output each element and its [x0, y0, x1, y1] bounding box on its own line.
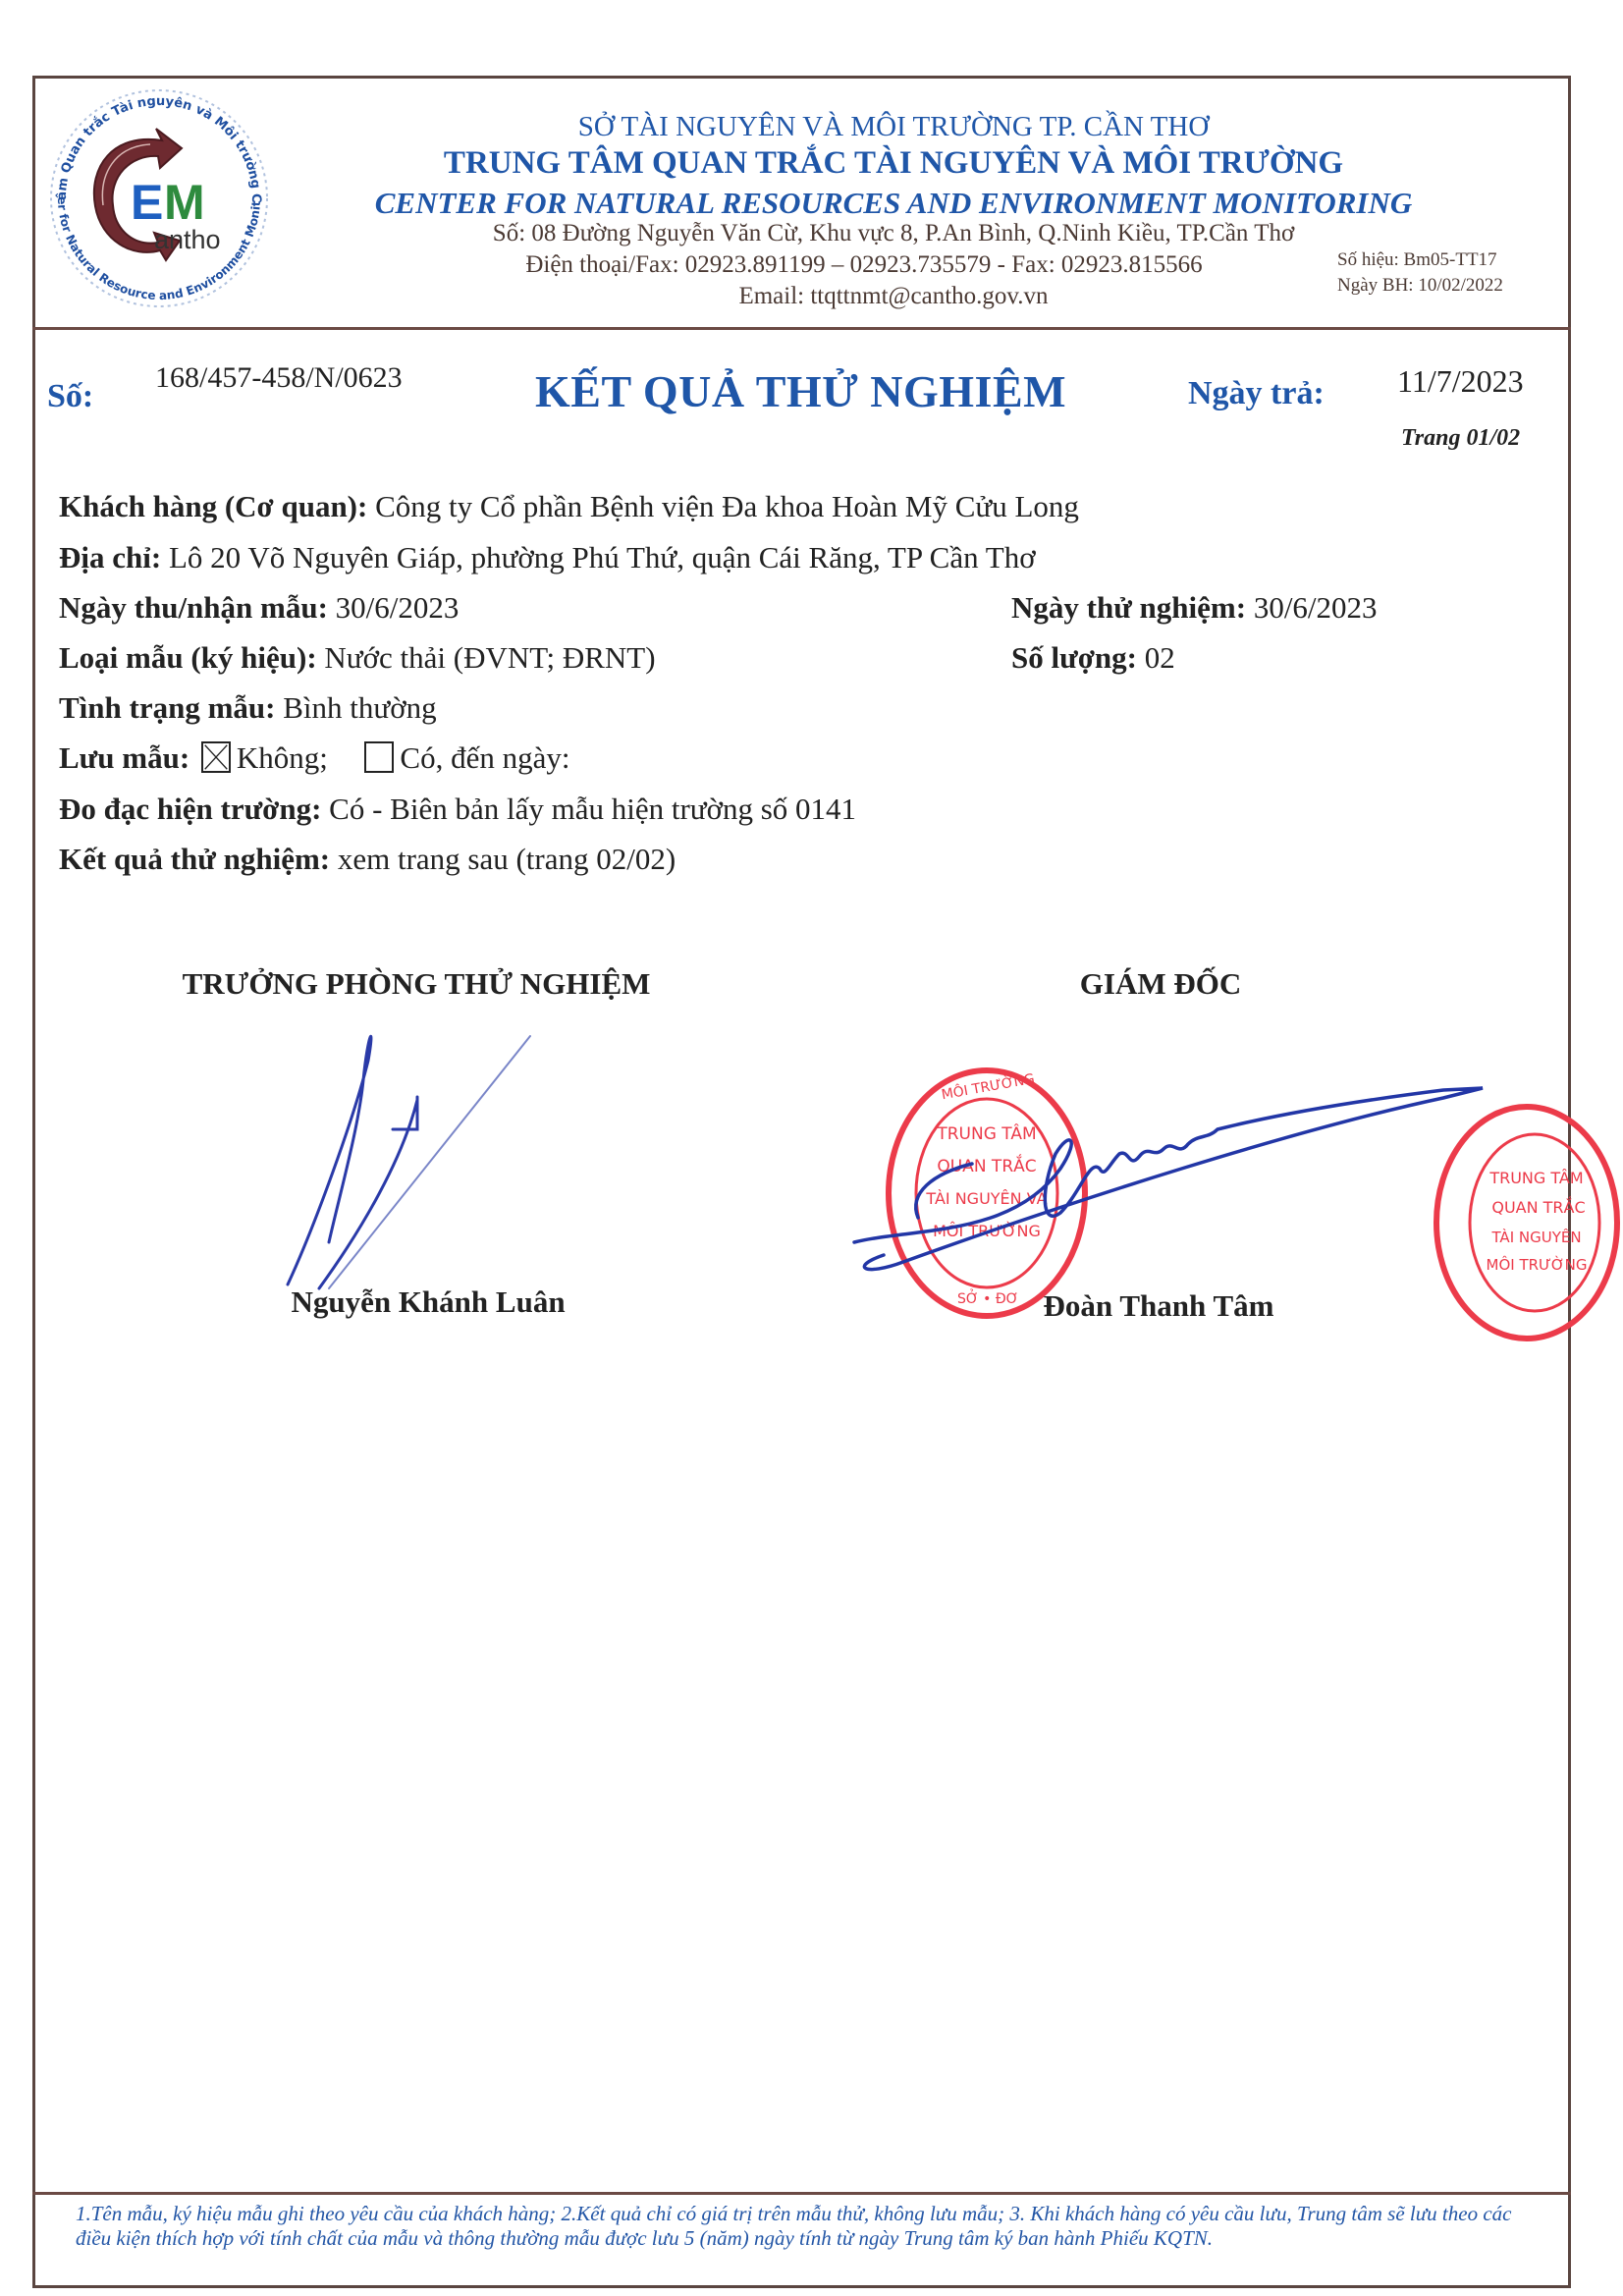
- svg-text:QUAN TRẮC: QUAN TRẮC: [937, 1153, 1036, 1176]
- signature-stamp-layer: TRUNG TÂM QUAN TRẮC TÀI NGUYÊN VÀ MÔI TR…: [0, 0, 1623, 2296]
- lab-head-name: Nguyễn Khánh Luân: [291, 1285, 565, 1320]
- svg-text:TRUNG TÂM: TRUNG TÂM: [1488, 1169, 1583, 1187]
- footer-note: 1.Tên mẫu, ký hiệu mẫu ghi theo yêu cầu …: [76, 2202, 1548, 2251]
- director-name: Đoàn Thanh Tâm: [1044, 1288, 1274, 1324]
- svg-text:QUAN TRẮC: QUAN TRẮC: [1491, 1196, 1585, 1217]
- svg-text:TRUNG TÂM: TRUNG TÂM: [936, 1122, 1036, 1144]
- official-stamp-icon: TRUNG TÂM QUAN TRẮC TÀI NGUYÊN VÀ MÔI TR…: [889, 1069, 1085, 1316]
- svg-text:TÀI NGUYÊN: TÀI NGUYÊN: [1490, 1228, 1581, 1246]
- official-stamp-partial-icon: TRUNG TÂM QUAN TRẮC TÀI NGUYÊN MÔI TRƯỜN…: [1436, 1107, 1617, 1339]
- lab-head-signature-icon: [288, 1036, 530, 1288]
- svg-text:MÔI TRƯỜNG: MÔI TRƯỜNG: [1487, 1255, 1588, 1274]
- svg-text:SỞ • ĐƠ: SỞ • ĐƠ: [957, 1288, 1018, 1307]
